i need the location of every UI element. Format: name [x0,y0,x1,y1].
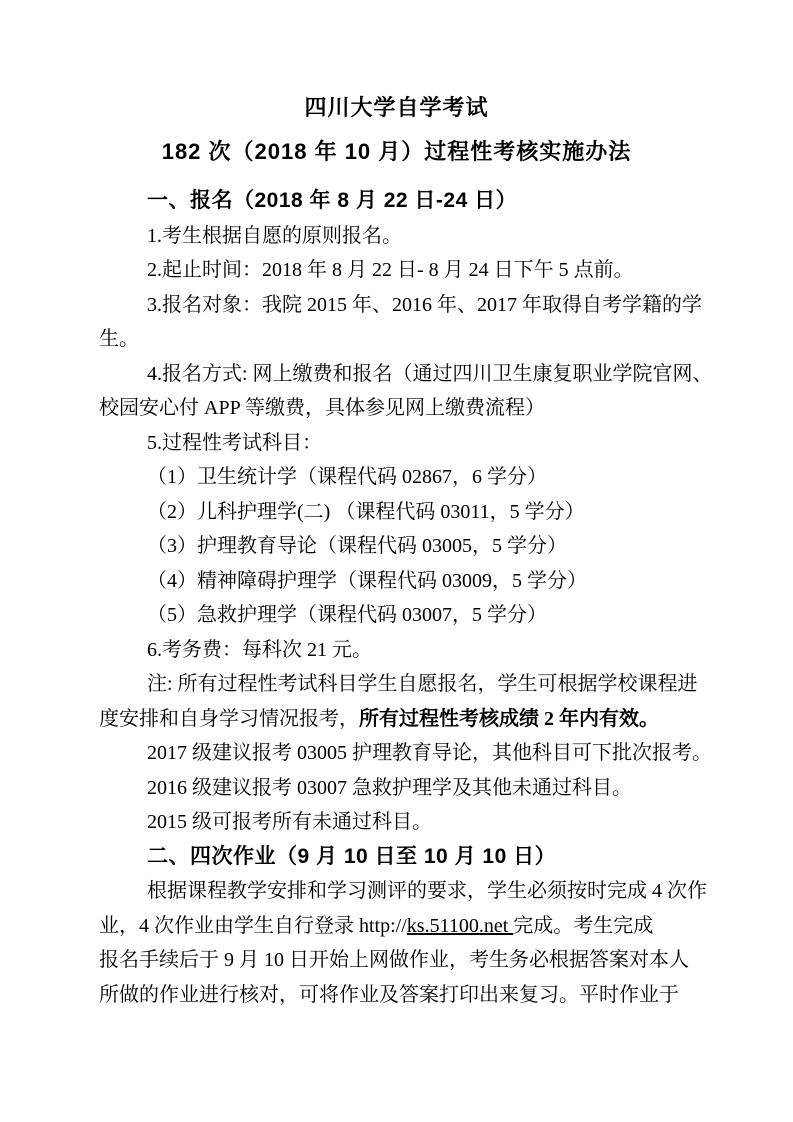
text-segment: 3.报名对象：我院 2015 年、2016 年、2017 年取得自考学籍的学 [147,294,702,316]
document-line: 2017 级建议报考 03005 护理教育导论，其他科目可下批次报考。 [99,736,699,771]
text-segment: 生。 [99,328,139,350]
document-title: 四川大学自学考试 [0,94,793,122]
text-segment: 6.考务费：每科次 21 元。 [147,639,372,661]
document-page: 四川大学自学考试 182 次（2018 年 10 月）过程性考核实施办法 一、报… [0,0,793,1122]
document-line: 所做的作业进行核对，可将作业及答案打印出来复习。平时作业于 [99,978,699,1013]
document-line: 4.报名方式: 网上缴费和报名（通过四川卫生康复职业学院官网、 [99,357,699,392]
text-segment: 1.考生根据自愿的原则报名。 [147,225,402,247]
text-segment: 2015 级可报考所有未通过科目。 [147,811,432,833]
document-line: （5）急救护理学（课程代码 03007，5 学分） [99,598,699,633]
text-segment: （1）卫生统计学（课程代码 02867，6 学分） [147,466,547,488]
text-segment: （2）儿科护理学(二) （课程代码 03011，5 学分） [147,501,585,523]
document-line: 1.考生根据自愿的原则报名。 [99,219,699,254]
text-segment: 4.报名方式: 网上缴费和报名（通过四川卫生康复职业学院官网、 [147,363,713,385]
url-link[interactable]: ks.51100.net [407,915,513,937]
document-line: 校园安心付 APP 等缴费，具体参见网上缴费流程） [99,391,699,426]
document-line: 2.起止时间：2018 年 8 月 22 日- 8 月 24 日下午 5 点前。 [99,253,699,288]
document-line: 度安排和自身学习情况报考，所有过程性考核成绩 2 年内有效。 [99,702,699,737]
document-line: （4）精神障碍护理学（课程代码 03009，5 学分） [99,564,699,599]
text-segment: 所有过程性考核成绩 2 年内有效。 [359,708,659,730]
text-segment: （5）急救护理学（课程代码 03007，5 学分） [147,604,547,626]
text-segment: 2017 级建议报考 03005 护理教育导论，其他科目可下批次报考。 [147,742,712,764]
document-line: 6.考务费：每科次 21 元。 [99,633,699,668]
section-heading: 二、四次作业（9 月 10 日至 10 月 10 日） [99,840,699,875]
text-segment: 度安排和自身学习情况报考， [99,708,359,730]
text-segment: 一、报名（2018 年 8 月 22 日-24 日） [147,189,517,212]
document-line: 业，4 次作业由学生自行登录 http://ks.51100.net 完成。考生… [99,909,699,944]
text-segment: 校园安心付 APP 等缴费，具体参见网上缴费流程） [99,397,545,419]
text-segment: 完成。考生完成 [513,915,653,937]
document-line: 报名手续后于 9 月 10 日开始上网做作业，考生务必根据答案对本人 [99,943,699,978]
section-heading: 一、报名（2018 年 8 月 22 日-24 日） [99,184,699,219]
text-segment: 所做的作业进行核对，可将作业及答案打印出来复习。平时作业于 [99,984,679,1006]
text-segment: 二、四次作业（9 月 10 日至 10 月 10 日） [147,845,556,868]
text-segment: 业，4 次作业由学生自行登录 http:// [99,915,407,937]
document-line: （1）卫生统计学（课程代码 02867，6 学分） [99,460,699,495]
document-subtitle: 182 次（2018 年 10 月）过程性考核实施办法 [0,138,793,166]
document-line: （3）护理教育导论（课程代码 03005，5 学分） [99,529,699,564]
text-segment: 注: 所有过程性考试科目学生自愿报名，学生可根据学校课程进 [147,673,698,695]
document-line: 生。 [99,322,699,357]
document-line: 3.报名对象：我院 2015 年、2016 年、2017 年取得自考学籍的学 [99,288,699,323]
text-segment: 2.起止时间：2018 年 8 月 22 日- 8 月 24 日下午 5 点前。 [147,259,634,281]
document-line: 2015 级可报考所有未通过科目。 [99,805,699,840]
document-line: 根据课程教学安排和学习测评的要求，学生必须按时完成 4 次作 [99,874,699,909]
text-segment: 报名手续后于 9 月 10 日开始上网做作业，考生务必根据答案对本人 [99,949,689,971]
text-segment: 5.过程性考试科目： [147,432,322,454]
text-segment: （4）精神障碍护理学（课程代码 03009，5 学分） [147,570,587,592]
document-line: 5.过程性考试科目： [99,426,699,461]
text-segment: 2016 级建议报考 03007 急救护理学及其他未通过科目。 [147,777,632,799]
document-body: 一、报名（2018 年 8 月 22 日-24 日）1.考生根据自愿的原则报名。… [99,184,699,1012]
document-line: 2016 级建议报考 03007 急救护理学及其他未通过科目。 [99,771,699,806]
text-segment: （3）护理教育导论（课程代码 03005，5 学分） [147,535,567,557]
text-segment: 根据课程教学安排和学习测评的要求，学生必须按时完成 4 次作 [147,880,707,902]
document-line: （2）儿科护理学(二) （课程代码 03011，5 学分） [99,495,699,530]
document-line: 注: 所有过程性考试科目学生自愿报名，学生可根据学校课程进 [99,667,699,702]
